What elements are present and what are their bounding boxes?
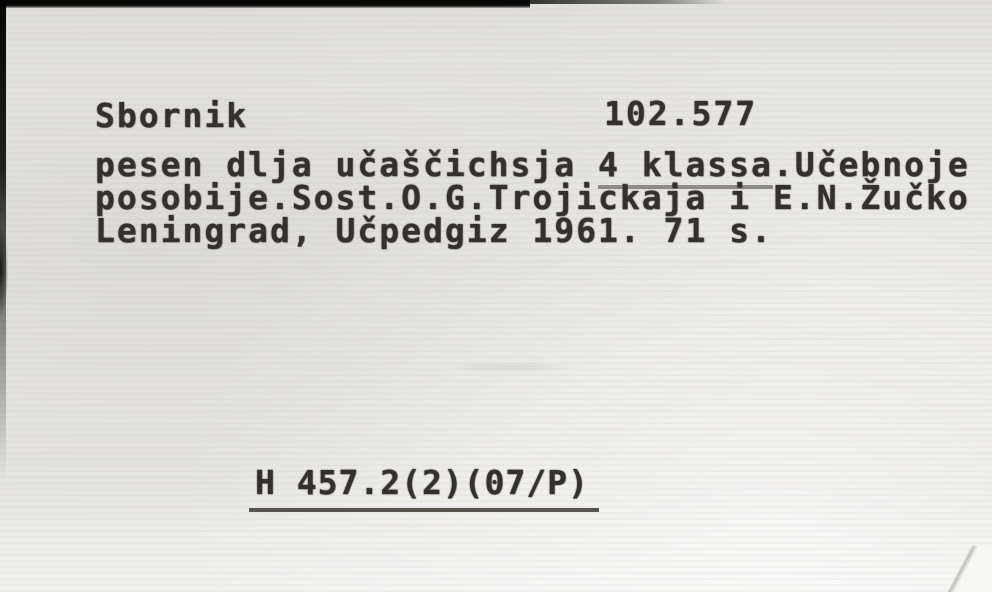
description-line-3: Leningrad, Učpedgiz 1961. 71 s. [95,214,970,247]
description-line-1: pesen dlja učaščichsja 4 klassa.Učebnoje [95,148,970,181]
card-corner-bottom-right [922,546,992,592]
scan-edge-left-blob [0,225,8,315]
call-number: H 457.2(2)(07/P) [249,463,599,512]
shelf-number: 102.577 [604,94,757,133]
scan-edge-top-thin [510,0,725,4]
catalog-card: Sbornik 102.577 pesen dlja učaščichsja 4… [0,0,992,592]
ink-ghost-mark [450,362,570,372]
bibliographic-description: pesen dlja učaščichsja 4 klassa.Učebnoje… [95,148,970,247]
description-line-2: posobije.Sost.O.G.Trojickaja i E.N.Žučko [95,181,970,214]
scan-edge-top [0,0,530,8]
card-heading: Sbornik [95,96,248,135]
